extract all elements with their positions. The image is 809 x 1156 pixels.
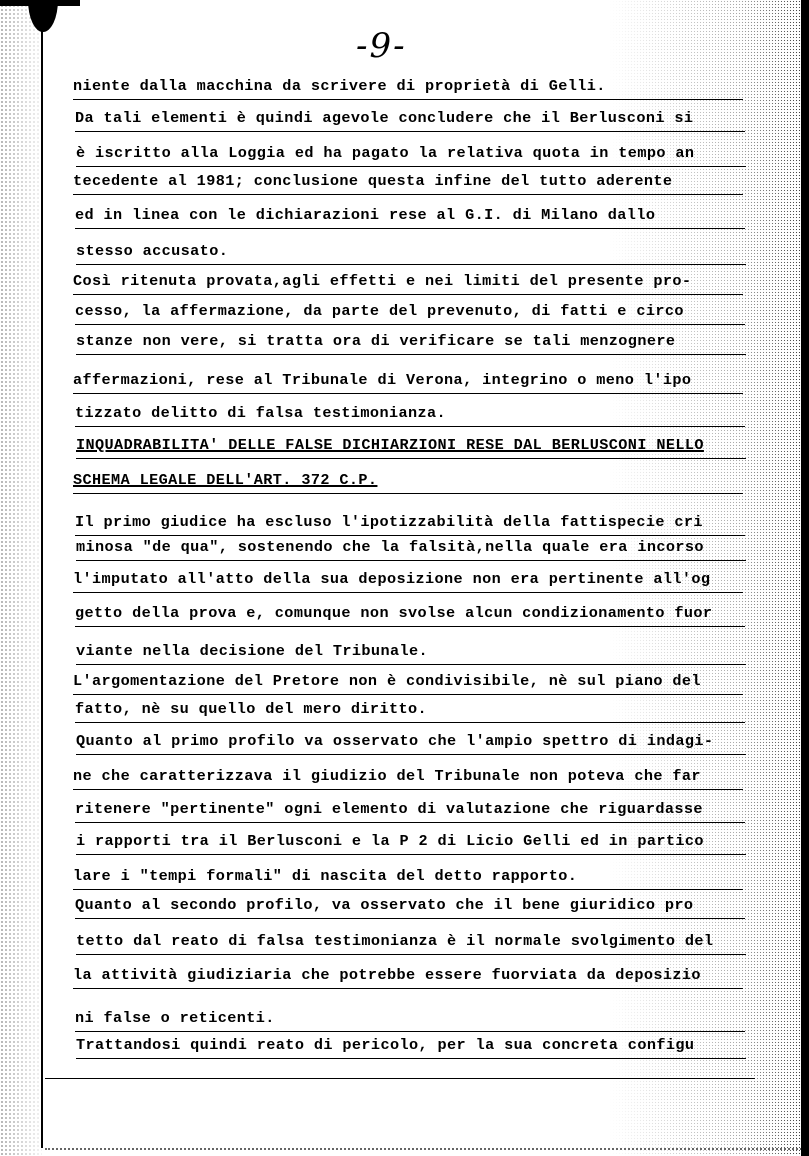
text-line: tecedente al 1981; conclusione questa in… xyxy=(73,172,743,195)
page-number: -9- xyxy=(356,26,407,66)
text-line: Trattandosi quindi reato di pericolo, pe… xyxy=(76,1036,746,1059)
binding-line xyxy=(41,28,43,1148)
text-line: Il primo giudice ha escluso l'ipotizzabi… xyxy=(75,513,745,536)
page-binding-fade xyxy=(0,0,42,1156)
text-line: la attività giudiziaria che potrebbe ess… xyxy=(73,966,743,989)
text-line: fatto, nè su quello del mero diritto. xyxy=(75,700,745,723)
text-line: stesso accusato. xyxy=(76,242,746,265)
section-heading-line: SCHEMA LEGALE DELL'ART. 372 C.P. xyxy=(73,471,743,494)
text-line: Quanto al secondo profilo, va osservato … xyxy=(75,896,745,919)
text-line: ne che caratterizzava il giudizio del Tr… xyxy=(73,767,743,790)
text-line: Quanto al primo profilo va osservato che… xyxy=(76,732,746,755)
text-line: è iscritto alla Loggia ed ha pagato la r… xyxy=(76,144,746,167)
scan-bottom-edge xyxy=(45,1148,805,1150)
text-line: L'argomentazione del Pretore non è condi… xyxy=(73,672,743,695)
scan-right-edge xyxy=(801,0,809,1156)
text-line: viante nella decisione del Tribunale. xyxy=(76,642,746,665)
text-line: i rapporti tra il Berlusconi e la P 2 di… xyxy=(76,832,746,855)
text-line: ni false o reticenti. xyxy=(75,1009,745,1032)
text-line: stanze non vere, si tratta ora di verifi… xyxy=(76,332,746,355)
text-line: Così ritenuta provata,agli effetti e nei… xyxy=(73,272,743,295)
text-line: lare i "tempi formali" di nascita del de… xyxy=(73,867,743,890)
text-line: cesso, la affermazione, da parte del pre… xyxy=(75,302,745,325)
text-line: niente dalla macchina da scrivere di pro… xyxy=(73,77,743,100)
text-line: tetto dal reato di falsa testimonianza è… xyxy=(76,932,746,955)
section-heading-line: INQUADRABILITA' DELLE FALSE DICHIARZIONI… xyxy=(76,436,746,459)
text-line: ritenere "pertinente" ogni elemento di v… xyxy=(75,800,745,823)
bottom-rule xyxy=(45,1078,755,1079)
text-line: l'imputato all'atto della sua deposizion… xyxy=(73,570,743,593)
text-line: affermazioni, rese al Tribunale di Veron… xyxy=(73,371,743,394)
text-line: getto della prova e, comunque non svolse… xyxy=(75,604,745,627)
text-line: tizzato delitto di falsa testimonianza. xyxy=(75,404,745,427)
text-line: minosa "de qua", sostenendo che la falsi… xyxy=(76,538,746,561)
text-line: Da tali elementi è quindi agevole conclu… xyxy=(75,109,745,132)
text-line: ed in linea con le dichiarazioni rese al… xyxy=(75,206,745,229)
